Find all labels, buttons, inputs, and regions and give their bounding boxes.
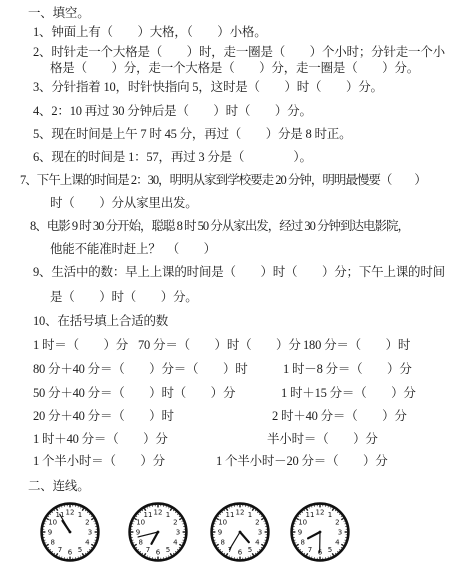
svg-text:4: 4 [85, 539, 90, 547]
svg-text:9: 9 [48, 529, 52, 537]
svg-text:10: 10 [218, 519, 227, 527]
question-5: 5、现在时间是上午 7 时 45 分，再过（ ）分是 8 时正。 [33, 127, 351, 141]
question-3: 3、分针指着 10，时针快指向 5，这时是（ ）时（ ）分。 [33, 80, 383, 94]
svg-text:3: 3 [176, 529, 180, 537]
question-10-intro: 10、在括号填上合适的数 [33, 314, 168, 328]
svg-text:2: 2 [85, 519, 89, 527]
svg-text:2: 2 [335, 519, 339, 527]
clock-1-svg: 123456789101112 [39, 501, 101, 563]
equation: 1 时＋40 分＝（ ）分 [33, 432, 168, 446]
equation: 50 分＋40 分＝（ ）时（ ）分 [33, 386, 235, 400]
svg-text:5: 5 [78, 546, 82, 554]
clock-face-3: 123456789101112 [209, 501, 271, 563]
question-2-line-2: 格是（ ）分，走一个大格是（ ）分，走一圈是（ ）分。 [50, 61, 419, 75]
svg-text:5: 5 [166, 546, 170, 554]
svg-text:2: 2 [255, 519, 259, 527]
equation: 半小时＝（ ）分 [267, 432, 378, 446]
svg-text:3: 3 [338, 529, 342, 537]
svg-text:10: 10 [48, 519, 57, 527]
svg-text:12: 12 [154, 509, 163, 517]
question-9-line-1: 9、生活中的数：早上上课的时间是（ ）时（ ）分；下午上课的时间 [33, 265, 445, 279]
equation-row-2: 80 分＋40 分＝（ ）分＝（ ）时 1 时－8 分＝（ ）分 [0, 362, 450, 376]
question-2-line-1: 2、时针走一个大格是（ ）时，走一圈是（ ）个小时；分针走一个小 [33, 45, 445, 59]
equation: 80 分＋40 分＝（ ）分＝（ ）时 [33, 362, 248, 376]
equation-row-3: 50 分＋40 分＝（ ）时（ ）分 1 时＋15 分＝（ ）分 [0, 386, 450, 400]
svg-text:2: 2 [173, 519, 177, 527]
svg-text:5: 5 [328, 546, 332, 554]
svg-text:8: 8 [138, 539, 142, 547]
svg-text:10: 10 [298, 519, 307, 527]
svg-text:8: 8 [220, 539, 224, 547]
section-2-title: 二、连线。 [28, 479, 90, 493]
svg-text:3: 3 [258, 529, 262, 537]
question-8-line-2: 他能不能准时赶上？ （ ） [50, 242, 216, 256]
equation-row-6: 1 个半小时＝（ ）分 1 个半小时－20 分＝（ ）分 [0, 454, 450, 468]
svg-text:1: 1 [166, 511, 170, 519]
svg-text:4: 4 [173, 539, 178, 547]
svg-text:7: 7 [308, 546, 312, 554]
question-7-line-1: 7、下午上课的时间是 2：30，明明从家到学校要走 20 分钟，明明最慢要（ ） [20, 173, 426, 187]
svg-text:6: 6 [238, 549, 243, 557]
svg-text:12: 12 [236, 509, 245, 517]
svg-text:1: 1 [328, 511, 332, 519]
svg-text:11: 11 [144, 511, 153, 519]
question-8-line-1: 8、电影 9 时 30 分开始，聪聪 8 时 50 分从家出发，经过 30 分钟… [30, 219, 409, 233]
equation: 1 时＋15 分＝（ ）分 [281, 386, 416, 400]
svg-text:10: 10 [136, 519, 145, 527]
worksheet-page: 一、填空。 1、钟面上有（ ）大格，（ ）小格。 2、时针走一个大格是（ ）时，… [0, 0, 450, 578]
svg-text:6: 6 [156, 549, 161, 557]
svg-text:4: 4 [255, 539, 260, 547]
svg-text:1: 1 [248, 511, 252, 519]
equation: 2 时＋40 分＝（ ）分 [272, 409, 407, 423]
equation-row-1: 1 时＝（ ）分 70 分＝（ ）时（ ）分 180 分＝（ ）时 [0, 338, 450, 352]
svg-text:9: 9 [298, 529, 302, 537]
equation-row-5: 1 时＋40 分＝（ ）分 半小时＝（ ）分 [0, 432, 450, 446]
svg-text:9: 9 [218, 529, 222, 537]
section-1-title: 一、填空。 [28, 6, 90, 20]
svg-text:7: 7 [146, 546, 150, 554]
clock-2-svg: 123456789101112 [127, 501, 189, 563]
equation: 1 个半小时－20 分＝（ ）分 [216, 454, 388, 468]
clock-4-svg: 123456789101112 [289, 501, 351, 563]
svg-text:11: 11 [226, 511, 235, 519]
clock-face-4: 123456789101112 [289, 501, 351, 563]
svg-text:7: 7 [58, 546, 62, 554]
equation: 1 时＝（ ）分 [33, 338, 128, 352]
question-6: 6、现在的时间是 1：57，再过 3 分是（ ）。 [33, 150, 312, 164]
clock-3-svg: 123456789101112 [209, 501, 271, 563]
svg-text:11: 11 [306, 511, 315, 519]
question-4: 4、2：10 再过 30 分钟后是（ ）时（ ）分。 [33, 104, 312, 118]
equation: 70 分＝（ ）时（ ）分 [138, 338, 301, 352]
clock-face-1: 123456789101112 [39, 501, 101, 563]
equation: 180 分＝（ ）时 [303, 338, 410, 352]
question-7-line-2: 时（ ）分从家里出发。 [50, 196, 198, 210]
equation: 1 个半小时＝（ ）分 [33, 454, 165, 468]
equation: 1 时－8 分＝（ ）分 [283, 362, 412, 376]
svg-text:8: 8 [50, 539, 54, 547]
question-1: 1、钟面上有（ ）大格，（ ）小格。 [33, 25, 267, 39]
svg-text:1: 1 [78, 511, 82, 519]
svg-text:3: 3 [88, 529, 92, 537]
svg-text:9: 9 [136, 529, 140, 537]
question-9-line-2: 是（ ）时（ ）分。 [50, 290, 198, 304]
svg-text:12: 12 [66, 509, 75, 517]
clock-face-2: 123456789101112 [127, 501, 189, 563]
svg-text:6: 6 [68, 549, 73, 557]
equation: 20 分＋40 分＝（ ）时 [33, 409, 174, 423]
svg-text:8: 8 [300, 539, 304, 547]
svg-text:5: 5 [248, 546, 252, 554]
equation-row-4: 20 分＋40 分＝（ ）时 2 时＋40 分＝（ ）分 [0, 409, 450, 423]
svg-text:4: 4 [335, 539, 340, 547]
svg-text:12: 12 [316, 509, 325, 517]
